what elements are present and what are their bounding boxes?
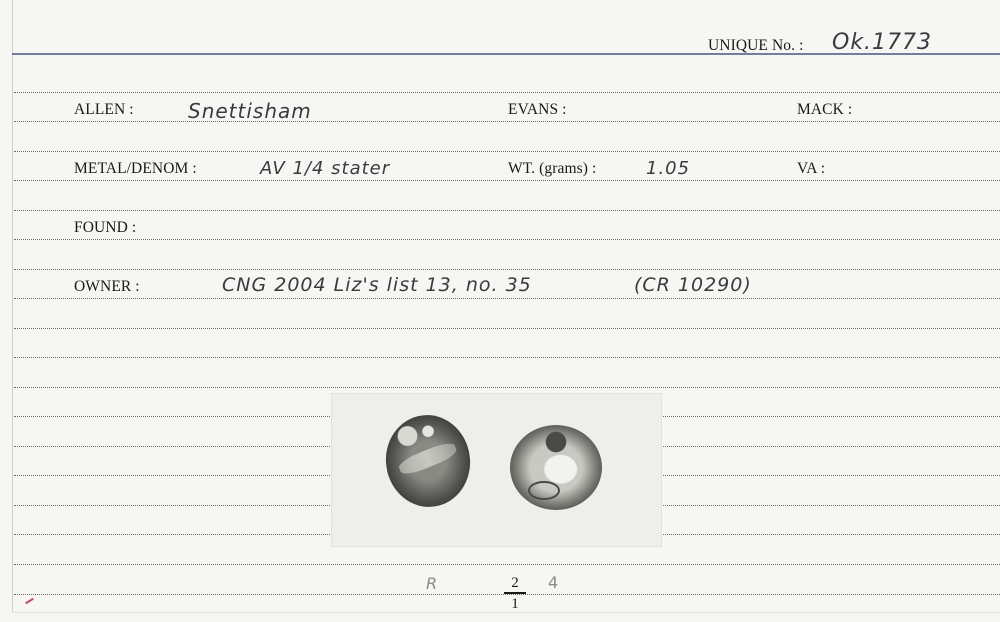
weight-value: 1.05 [646,158,690,179]
scale-numerator: 2 [504,575,526,591]
ruling-line [14,269,1000,270]
ruling-line [14,210,1000,211]
ruling-line [14,328,1000,329]
card-bottom-edge [12,612,1000,613]
scale-fraction: 2 1 [504,575,526,612]
ruling-line [14,239,1000,240]
left-margin-line [12,0,13,612]
mack-label: MACK : [797,101,852,119]
ruling-line [14,121,1000,122]
evans-label: EVANS : [508,101,567,119]
owner-value: CNG 2004 Liz's list 13, no. 35 [222,274,532,296]
ruling-line [14,180,1000,181]
found-label: FOUND : [74,219,136,237]
ruling-line [14,387,1000,388]
coin-photograph [331,393,662,547]
red-pen-mark [25,598,34,604]
index-card: UNIQUE No. : Ok.1773 ALLEN : Snettisham … [0,0,1000,622]
ruling-line [14,564,1000,565]
ruling-line [14,92,1000,93]
owner-reference: (CR 10290) [634,274,752,296]
metal-denom-label: METAL/DENOM : [74,160,197,178]
ruling-line [14,357,1000,358]
metal-denom-value: AV 1/4 stater [260,158,390,179]
scale-denominator: 1 [504,596,526,612]
ruling-line [14,151,1000,152]
fraction-bar [504,592,526,594]
allen-value: Snettisham [188,99,312,123]
unique-no-value: Ok.1773 [832,30,932,55]
owner-label: OWNER : [74,278,140,296]
footer-letter: R [426,574,438,593]
unique-no-label: UNIQUE No. : [708,37,803,55]
ruling-line [14,298,1000,299]
va-label: VA : [797,160,825,178]
coin-obverse-image [380,410,476,513]
coin-reverse-image [510,425,602,510]
footer-number: 4 [548,573,559,592]
allen-label: ALLEN : [74,101,134,119]
weight-label: WT. (grams) : [508,160,596,178]
